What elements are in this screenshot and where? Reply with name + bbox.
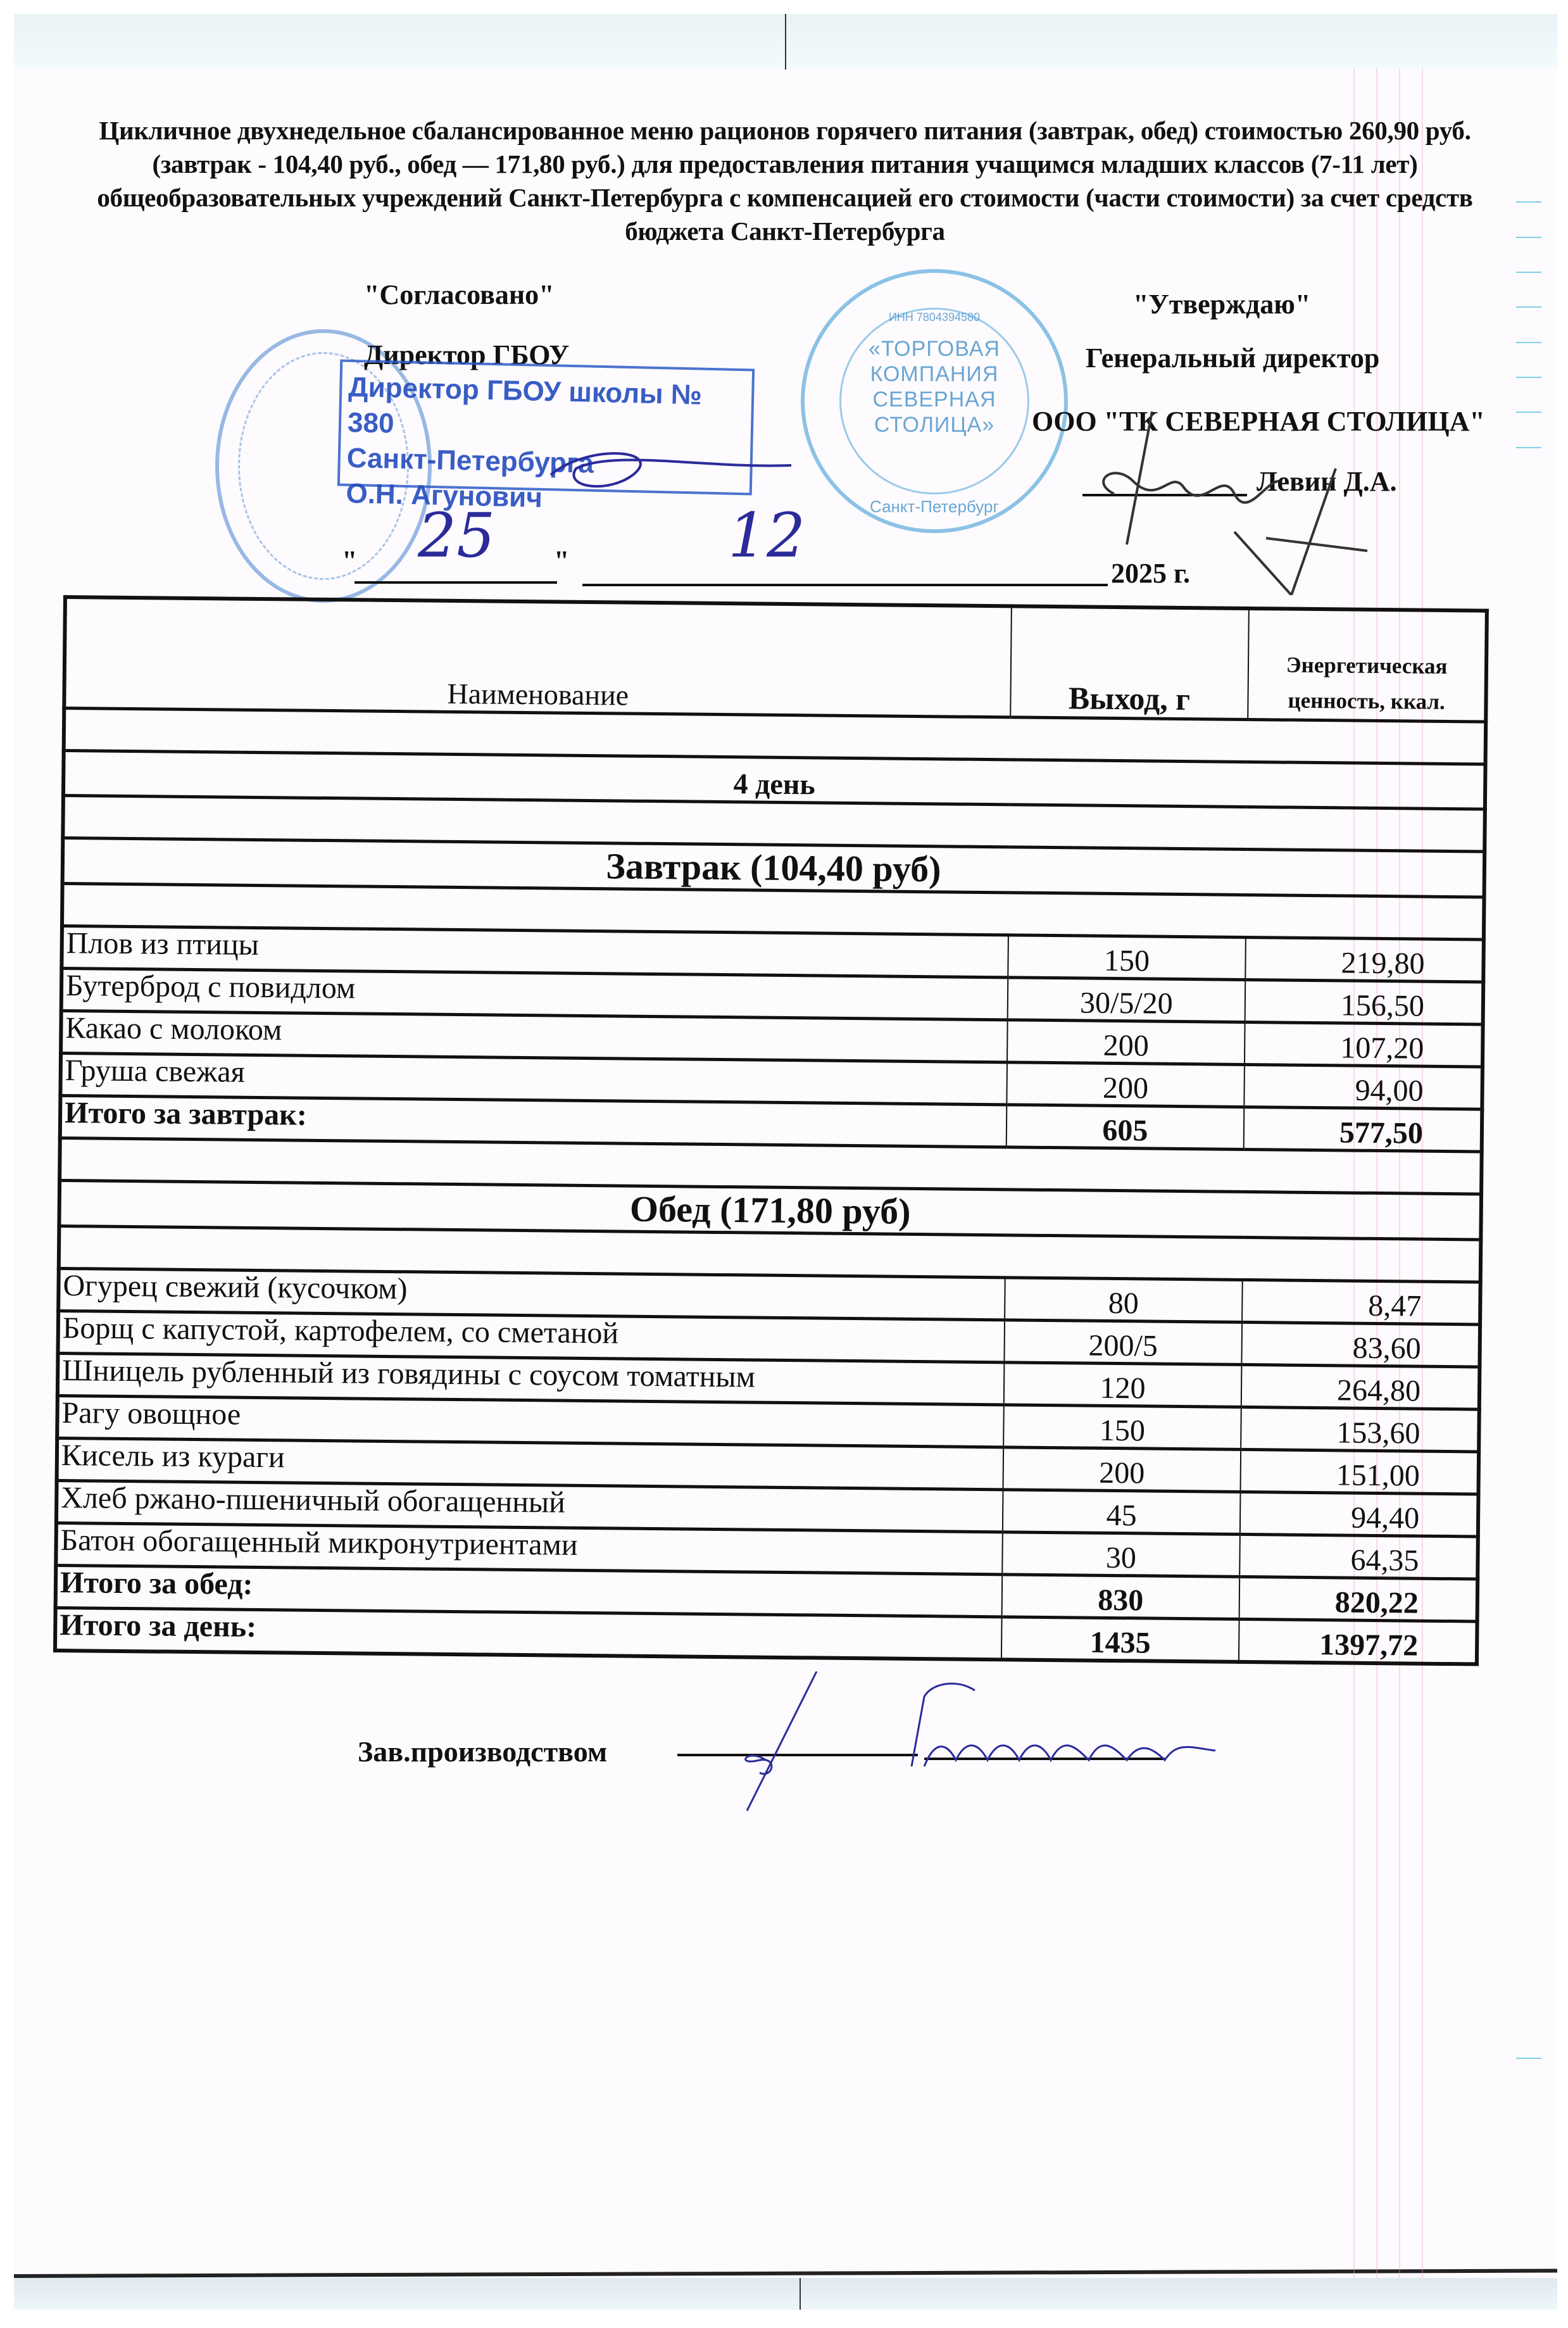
dish-kcal: 94,00: [1245, 1064, 1483, 1109]
margin-mark: [1516, 447, 1541, 448]
margin-mark: [1516, 2058, 1541, 2059]
document-title: Цикличное двухнедельное сбалансированное…: [70, 114, 1500, 248]
approved-heading: "Утверждаю": [1133, 288, 1310, 321]
dish-yield: 150: [1008, 935, 1246, 980]
margin-mark: [1516, 377, 1541, 378]
dish-yield: 200/5: [1004, 1320, 1242, 1365]
dish-kcal: 151,00: [1241, 1449, 1479, 1494]
company-round-seal: ИНН 7804394580 «ТОРГОВАЯ КОМПАНИЯ СЕВЕРН…: [801, 269, 1068, 533]
seal-line: СТОЛИЦА»: [843, 412, 1026, 437]
header-yield: Выход, г: [1010, 606, 1249, 719]
seal-line: КОМПАНИЯ: [843, 362, 1026, 387]
header-kcal: Энергетическая ценность, ккал.: [1248, 608, 1487, 722]
margin-mark: [1516, 306, 1541, 308]
dish-kcal: 83,60: [1242, 1322, 1480, 1367]
dish-yield: 80: [1005, 1278, 1243, 1323]
dish-yield: 120: [1003, 1362, 1241, 1407]
total-kcal: 1397,72: [1239, 1619, 1477, 1664]
date-month: 12: [728, 500, 805, 571]
seal-line: СЕВЕРНАЯ: [843, 387, 1026, 412]
margin-mark: [1516, 237, 1541, 238]
dish-kcal: 153,60: [1241, 1407, 1479, 1452]
date-quote-close: ": [554, 544, 569, 577]
date-day: 25: [418, 500, 495, 571]
margin-mark: [1516, 272, 1541, 273]
dish-yield: 200: [1007, 1020, 1245, 1065]
total-kcal: 820,22: [1239, 1576, 1477, 1621]
dish-yield: 45: [1003, 1490, 1241, 1535]
dish-kcal: 107,20: [1245, 1022, 1483, 1067]
approved-position: Генеральный директор: [1086, 342, 1379, 375]
dish-kcal: 94,40: [1240, 1492, 1478, 1537]
dish-kcal: 219,80: [1246, 937, 1484, 982]
margin-mark: [1516, 201, 1541, 203]
dish-kcal: 264,80: [1241, 1364, 1479, 1409]
date-year: 2025 г.: [1111, 557, 1190, 590]
table-header-row: Наименование Выход, г Энергетическая цен…: [64, 597, 1487, 722]
dish-yield: 150: [1003, 1405, 1241, 1450]
margin-mark: [1516, 412, 1541, 413]
total-yield: 605: [1006, 1105, 1244, 1150]
seal-line: «ТОРГОВАЯ: [843, 336, 1026, 362]
dish-yield: 200: [1007, 1062, 1245, 1107]
header-name: Наименование: [64, 597, 1011, 717]
dish-yield: 30: [1002, 1532, 1240, 1577]
dish-yield: 30/5/20: [1007, 978, 1245, 1022]
total-label: Итого за день:: [55, 1608, 1001, 1659]
seal-inn: ИНН 7804394580: [805, 311, 1064, 324]
fold-line: [785, 14, 786, 70]
date-month-line: [582, 584, 1108, 586]
director-signature: [538, 431, 804, 500]
production-manager-signature: [709, 1671, 1253, 1823]
margin-mark: [1516, 342, 1541, 343]
fold-line: [800, 2278, 801, 2310]
total-yield: 1435: [1001, 1617, 1239, 1662]
date-day-line: [354, 581, 557, 584]
seal-city: Санкт-Петербург: [805, 497, 1064, 517]
date-quote-open: ": [342, 544, 357, 577]
dish-kcal: 8,47: [1242, 1280, 1480, 1324]
total-yield: 830: [1001, 1575, 1239, 1620]
agreed-heading: "Согласовано": [364, 279, 555, 311]
dish-kcal: 64,35: [1240, 1534, 1478, 1579]
production-manager-label: Зав.производством: [358, 1735, 607, 1768]
scan-border-bottom: [14, 2278, 1557, 2310]
dish-kcal: 156,50: [1245, 979, 1483, 1024]
dish-yield: 200: [1003, 1447, 1241, 1492]
total-kcal: 577,50: [1244, 1107, 1482, 1152]
menu-table: Наименование Выход, г Энергетическая цен…: [53, 595, 1489, 1666]
